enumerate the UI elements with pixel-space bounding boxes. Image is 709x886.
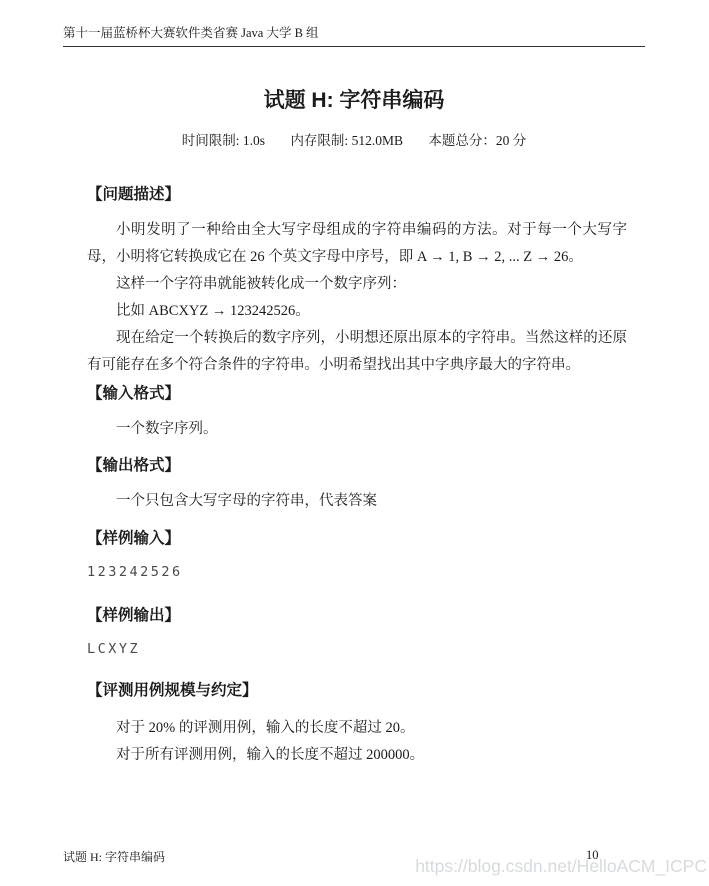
limits-line: 时间限制: 1.0s 内存限制: 512.0MB 本题总分：20 分 <box>63 133 645 148</box>
paragraph: 现在给定一个转换后的数字序列，小明想还原出原本的字符串。当然这样的还原有可能存在… <box>87 325 627 379</box>
sample-output-value: LCXYZ <box>87 640 627 658</box>
sample-input-value: 123242526 <box>87 563 627 581</box>
section-sample-output-heading: 【样例输出】 <box>87 606 627 625</box>
section-constraints-body: 对于 20% 的评测用例，输入的长度不超过 20。 对于所有评测用例，输入的长度… <box>87 715 627 769</box>
section-description: 【问题描述】 小明发明了一种给由全大写字母组成的字符串编码的方法。对于每一个大写… <box>63 185 645 379</box>
section-input-format-heading: 【输入格式】 <box>87 384 627 403</box>
section-constraints-heading: 【评测用例规模与约定】 <box>87 681 627 700</box>
problem-title: 试题 H: 字符串编码 <box>63 88 645 113</box>
time-limit: 时间限制: 1.0s <box>182 133 265 148</box>
total-score: 本题总分：20 分 <box>428 133 526 148</box>
document-body: 试题 H: 字符串编码 时间限制: 1.0s 内存限制: 512.0MB 本题总… <box>63 0 645 769</box>
section-input-format: 【输入格式】 一个数字序列。 <box>63 384 645 443</box>
section-sample-input-heading: 【样例输入】 <box>87 529 627 548</box>
paragraph: 对于所有评测用例，输入的长度不超过 200000。 <box>87 742 627 769</box>
section-description-body: 小明发明了一种给由全大写字母组成的字符串编码的方法。对于每一个大写字母，小明将它… <box>87 217 627 379</box>
csdn-watermark: https://blog.csdn.net/HelloACM_ICPC <box>415 856 707 876</box>
paragraph: 这样一个字符串就能被转化成一个数字序列： <box>87 271 627 298</box>
section-output-format-body: 一个只包含大写字母的字符串，代表答案 <box>87 488 627 515</box>
paragraph: 小明发明了一种给由全大写字母组成的字符串编码的方法。对于每一个大写字母，小明将它… <box>87 217 627 271</box>
section-constraints: 【评测用例规模与约定】 对于 20% 的评测用例，输入的长度不超过 20。 对于… <box>63 681 645 769</box>
paragraph: 比如 ABCXYZ → 123242526。 <box>87 298 627 325</box>
paragraph: 对于 20% 的评测用例，输入的长度不超过 20。 <box>87 715 627 742</box>
section-input-format-body: 一个数字序列。 <box>87 416 627 443</box>
section-output-format-heading: 【输出格式】 <box>87 456 627 475</box>
paragraph: 一个数字序列。 <box>87 416 627 443</box>
paragraph: 一个只包含大写字母的字符串，代表答案 <box>87 488 627 515</box>
memory-limit: 内存限制: 512.0MB <box>290 133 403 148</box>
section-output-format: 【输出格式】 一个只包含大写字母的字符串，代表答案 <box>63 456 645 515</box>
section-sample-output: 【样例输出】 LCXYZ <box>63 606 645 658</box>
footer-problem-title: 试题 H: 字符串编码 <box>63 850 165 864</box>
section-sample-input: 【样例输入】 123242526 <box>63 529 645 581</box>
section-description-heading: 【问题描述】 <box>87 185 627 204</box>
